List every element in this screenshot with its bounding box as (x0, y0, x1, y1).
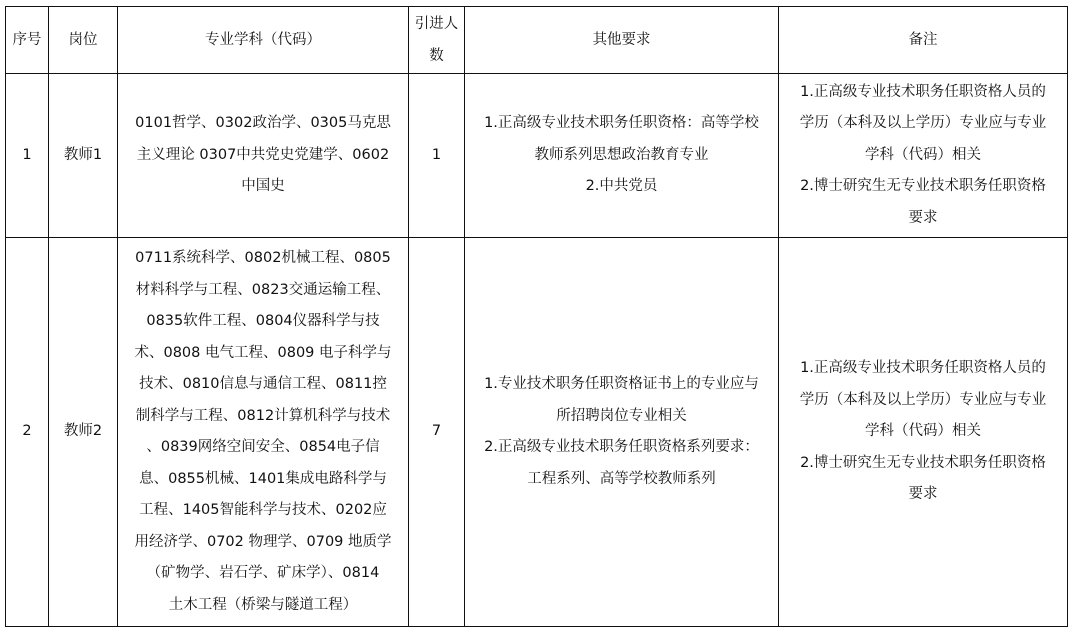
other-line: 工程系列、高等学校教师系列 (468, 464, 775, 496)
other-line: 教师系列思想政治教育专业 (468, 140, 775, 172)
header-row: 序号 岗位 专业学科（代码） 引进人 数 其他要求 备注 (6, 7, 1068, 74)
cell-major: 0711系统科学、0802机械工程、0805 材料科学与工程、0823交通运输工… (118, 238, 409, 627)
note-line: 1.正高级专业技术职务任职资格人员的 (782, 77, 1064, 109)
note-line: 2.博士研究生无专业技术职务任职资格 (782, 171, 1064, 203)
header-major: 专业学科（代码） (118, 7, 409, 74)
major-line: 制科学与工程、0812计算机科学与技术 (121, 401, 405, 433)
recruitment-table: 序号 岗位 专业学科（代码） 引进人 数 其他要求 备注 1 教师1 0101哲… (5, 6, 1068, 627)
cell-post: 教师1 (49, 74, 118, 238)
note-line: 1.正高级专业技术职务任职资格人员的 (782, 353, 1064, 385)
other-line: 1.专业技术职务任职资格证书上的专业应与 (468, 369, 775, 401)
major-line: 主义理论 0307中共党史党建学、0602 (121, 140, 405, 172)
cell-seq: 1 (6, 74, 49, 238)
header-note: 备注 (779, 7, 1068, 74)
other-line: 2.正高级专业技术职务任职资格系列要求： (468, 432, 775, 464)
other-line: 所招聘岗位专业相关 (468, 401, 775, 433)
major-line: 工程、1405智能科学与技术、0202应 (121, 495, 405, 527)
major-line: 息、0855机械、1401集成电路科学与 (121, 464, 405, 496)
cell-post: 教师2 (49, 238, 118, 627)
note-line: 要求 (782, 479, 1064, 511)
major-line: 术、0808 电气工程、0809 电子科学与 (121, 338, 405, 370)
cell-other: 1.专业技术职务任职资格证书上的专业应与 所招聘岗位专业相关 2.正高级专业技术… (465, 238, 779, 627)
cell-major: 0101哲学、0302政治学、0305马克思 主义理论 0307中共党史党建学、… (118, 74, 409, 238)
other-line: 2.中共党员 (468, 171, 775, 203)
table-row: 1 教师1 0101哲学、0302政治学、0305马克思 主义理论 0307中共… (6, 74, 1068, 238)
table-row: 2 教师2 0711系统科学、0802机械工程、0805 材料科学与工程、082… (6, 238, 1068, 627)
note-line: 学历（本科及以上学历）专业应与专业 (782, 108, 1064, 140)
major-line: 0711系统科学、0802机械工程、0805 (121, 243, 405, 275)
header-post: 岗位 (49, 7, 118, 74)
major-line: 土木工程（桥梁与隧道工程） (121, 590, 405, 622)
major-line: 用经济学、0702 物理学、0709 地质学 (121, 527, 405, 559)
cell-count: 7 (409, 238, 465, 627)
major-line: 技术、0810信息与通信工程、0811控 (121, 369, 405, 401)
major-line: 中国史 (121, 171, 405, 203)
major-line: 材料科学与工程、0823交通运输工程、 (121, 275, 405, 307)
major-line: 0101哲学、0302政治学、0305马克思 (121, 108, 405, 140)
note-line: 学科（代码）相关 (782, 140, 1064, 172)
cell-seq: 2 (6, 238, 49, 627)
header-count-line: 引进人 (412, 8, 461, 40)
major-line: 0835软件工程、0804仪器科学与技 (121, 306, 405, 338)
note-line: 2.博士研究生无专业技术职务任职资格 (782, 448, 1064, 480)
header-other: 其他要求 (465, 7, 779, 74)
note-line: 要求 (782, 203, 1064, 235)
header-count: 引进人 数 (409, 7, 465, 74)
cell-note: 1.正高级专业技术职务任职资格人员的 学历（本科及以上学历）专业应与专业 学科（… (779, 238, 1068, 627)
note-line: 学科（代码）相关 (782, 416, 1064, 448)
major-line: （矿物学、岩石学、矿床学）、0814 (121, 558, 405, 590)
note-line: 学历（本科及以上学历）专业应与专业 (782, 385, 1064, 417)
cell-note: 1.正高级专业技术职务任职资格人员的 学历（本科及以上学历）专业应与专业 学科（… (779, 74, 1068, 238)
header-count-line: 数 (412, 40, 461, 72)
cell-other: 1.正高级专业技术职务任职资格：高等学校 教师系列思想政治教育专业 2.中共党员 (465, 74, 779, 238)
major-line: 、0839网络空间安全、0854电子信 (121, 432, 405, 464)
header-seq: 序号 (6, 7, 49, 74)
cell-count: 1 (409, 74, 465, 238)
other-line: 1.正高级专业技术职务任职资格：高等学校 (468, 108, 775, 140)
